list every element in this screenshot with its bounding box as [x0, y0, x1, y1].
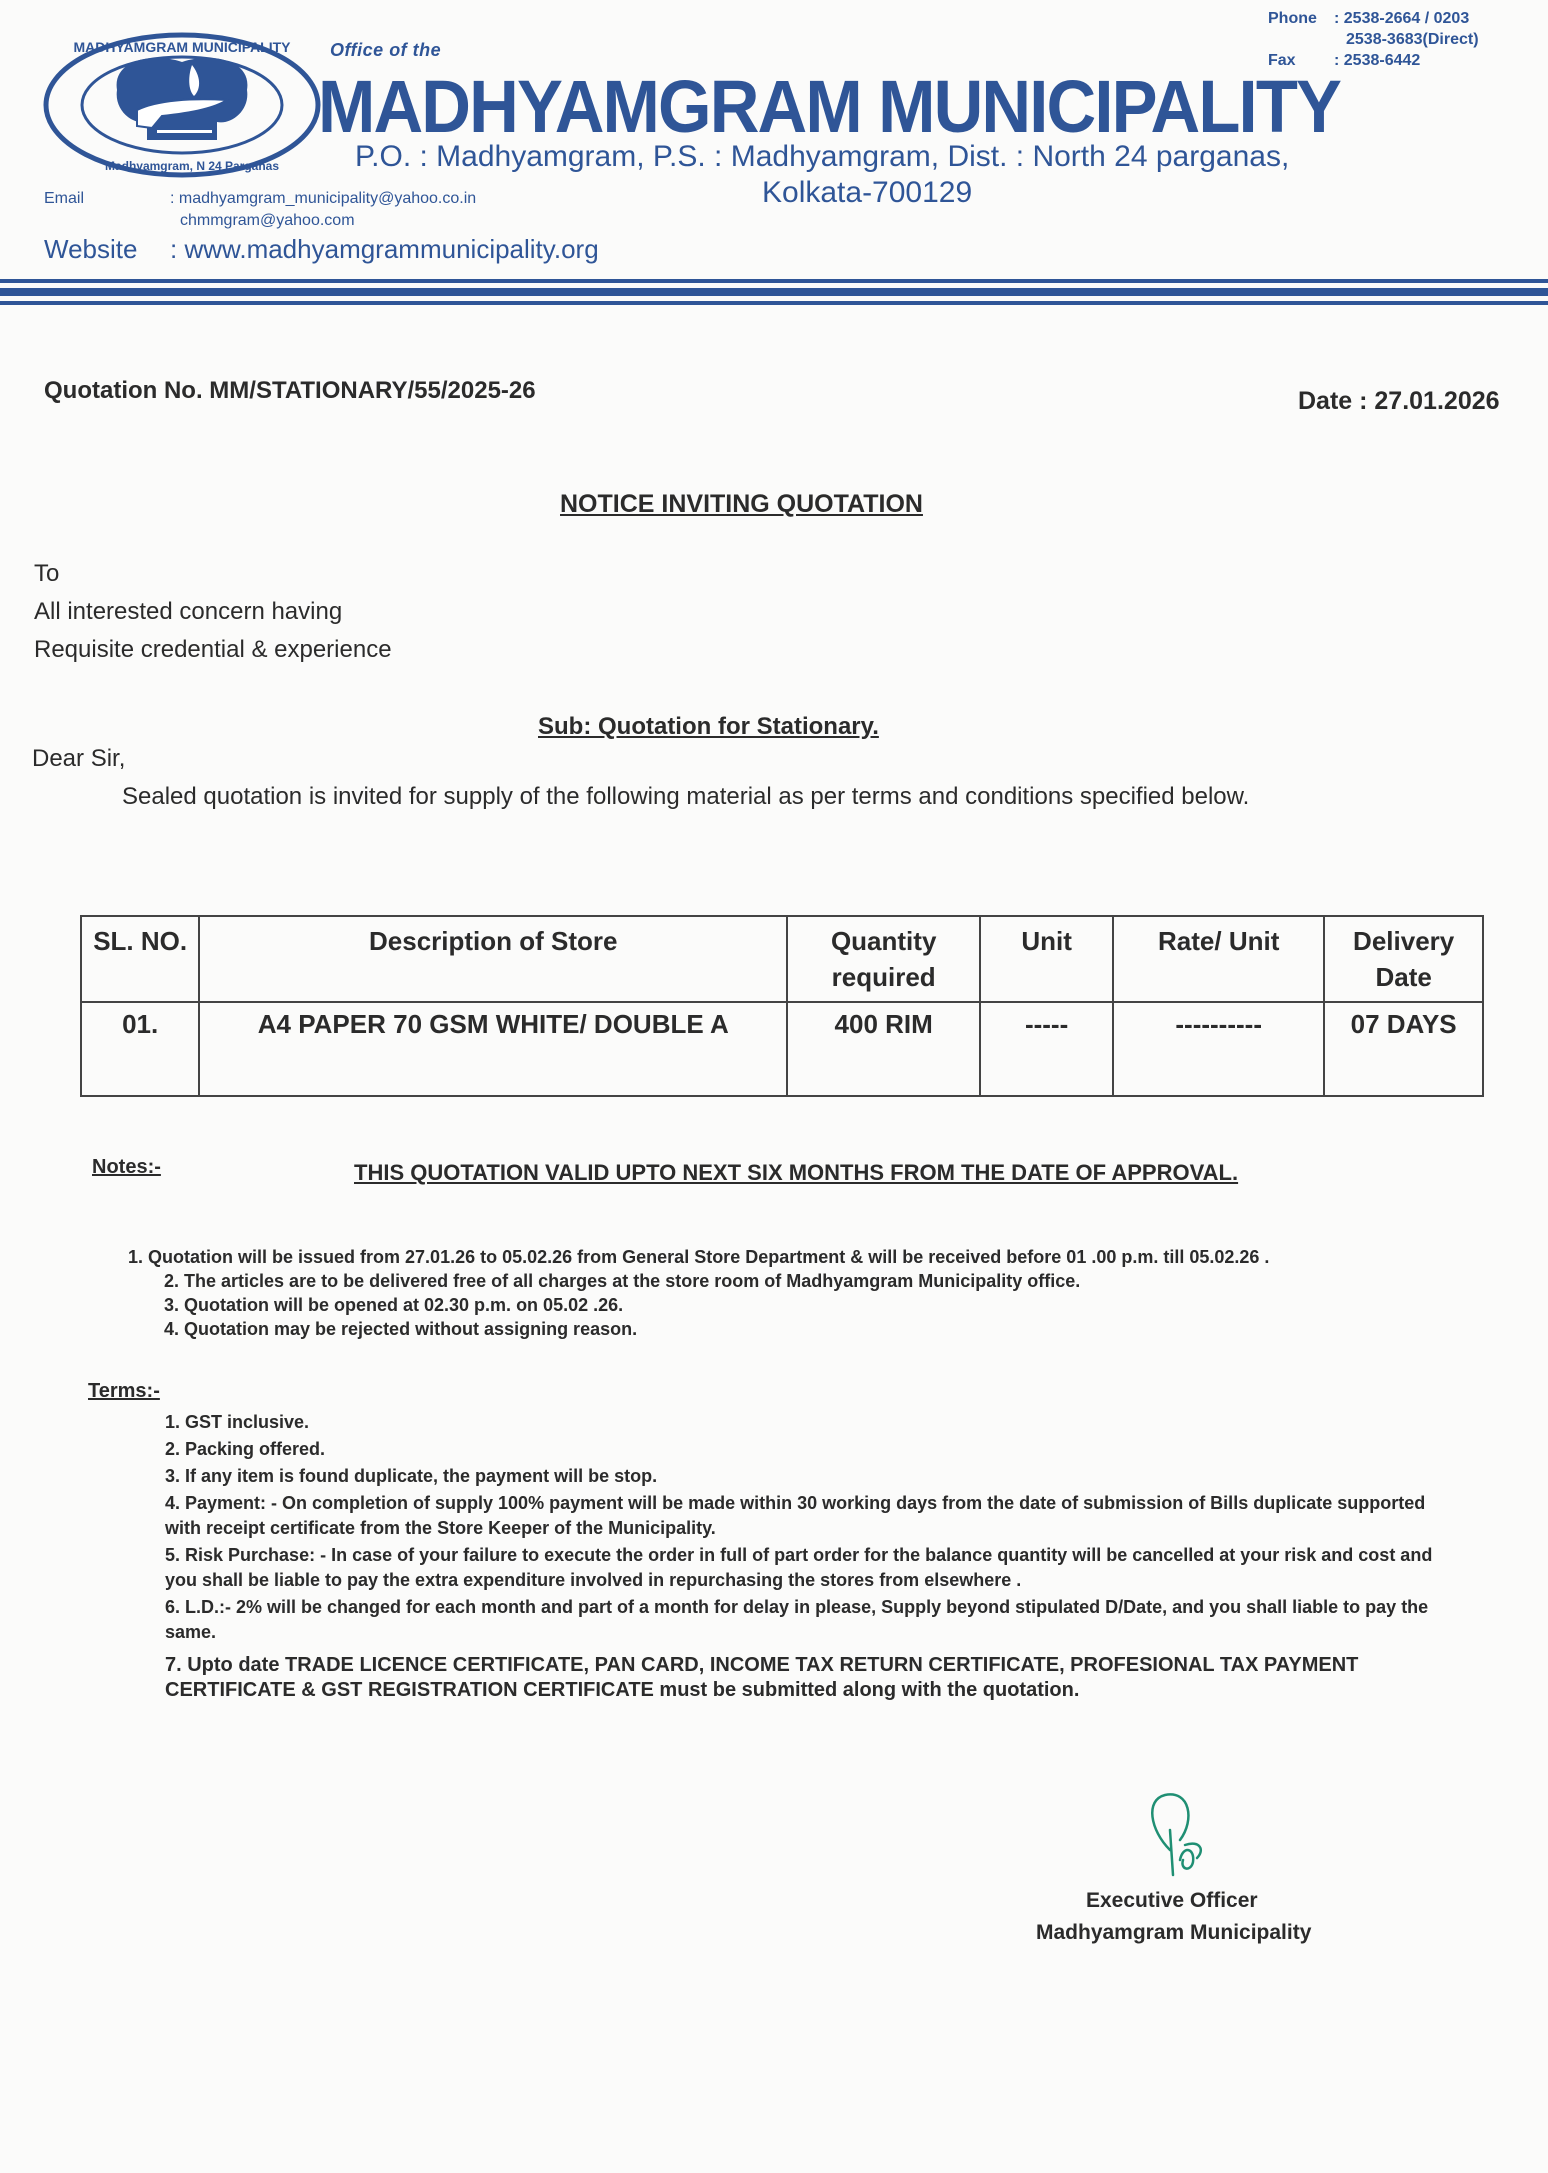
notice-title: NOTICE INVITING QUOTATION	[560, 490, 923, 519]
col-description: Description of Store	[199, 916, 787, 1002]
note-item: 4. Quotation may be rejected without ass…	[128, 1317, 1269, 1341]
website-label: Website	[44, 234, 170, 265]
email-primary[interactable]: : madhyamgram_municipality@yahoo.co.in	[170, 188, 476, 210]
term-item: 5. Risk Purchase: - In case of your fail…	[165, 1543, 1465, 1593]
table-header-row: SL. NO. Description of Store Quantity re…	[81, 916, 1483, 1002]
quotation-number: Quotation No. MM/STATIONARY/55/2025-26	[44, 377, 536, 405]
email-secondary[interactable]: chmmgram@yahoo.com	[180, 210, 355, 232]
municipality-name: MADHYAMGRAM MUNICIPALITY	[318, 70, 1340, 144]
term-item: 4. Payment: - On completion of supply 10…	[165, 1491, 1465, 1541]
notes-list: 1. Quotation will be issued from 27.01.2…	[128, 1245, 1269, 1341]
term-item: 7. Upto date TRADE LICENCE CERTIFICATE, …	[165, 1653, 1465, 1703]
website-link[interactable]: : www.madhyamgrammunicipality.org	[170, 234, 599, 265]
cell-quantity: 400 RIM	[787, 1002, 980, 1096]
svg-text:Madhyamgram, N 24 Parganas: Madhyamgram, N 24 Parganas	[105, 159, 279, 173]
term-item: 3. If any item is found duplicate, the p…	[165, 1464, 1465, 1489]
note-item: 3. Quotation will be opened at 02.30 p.m…	[128, 1293, 1269, 1317]
handwritten-signature-icon	[1125, 1790, 1245, 1880]
subject-line: Sub: Quotation for Stationary.	[538, 713, 879, 741]
fax-label: Fax	[1268, 50, 1334, 71]
svg-text:MADHYAMGRAM MUNICIPALITY: MADHYAMGRAM MUNICIPALITY	[74, 39, 292, 55]
email-block: Email: madhyamgram_municipality@yahoo.co…	[44, 188, 476, 232]
items-table: SL. NO. Description of Store Quantity re…	[80, 915, 1484, 1097]
recipient-line: Requisite credential & experience	[34, 631, 392, 669]
header-divider	[0, 301, 1548, 305]
cell-delivery: 07 DAYS	[1324, 1002, 1483, 1096]
address-line-2: Kolkata-700129	[762, 176, 972, 210]
fax-value: : 2538-6442	[1334, 50, 1420, 71]
term-item: 1. GST inclusive.	[165, 1410, 1465, 1435]
cell-rate: ----------	[1113, 1002, 1324, 1096]
validity-statement: THIS QUOTATION VALID UPTO NEXT SIX MONTH…	[354, 1160, 1238, 1186]
header-divider	[0, 288, 1548, 296]
cell-unit: -----	[980, 1002, 1113, 1096]
address-line-1: P.O. : Madhyamgram, P.S. : Madhyamgram, …	[355, 140, 1289, 174]
email-label: Email	[44, 188, 170, 210]
header-divider	[0, 279, 1548, 283]
document-date: Date : 27.01.2026	[1298, 387, 1500, 416]
recipient-block: To All interested concern having Requisi…	[34, 555, 392, 669]
term-item: 2. Packing offered.	[165, 1437, 1465, 1462]
col-sl-no: SL. NO.	[81, 916, 199, 1002]
signatory-organization: Madhyamgram Municipality	[1036, 1917, 1311, 1949]
signature	[1125, 1790, 1245, 1880]
signatory-block: Executive Officer Madhyamgram Municipali…	[1036, 1885, 1311, 1949]
salutation: Dear Sir,	[32, 745, 125, 773]
phone-direct: 2538-3683(Direct)	[1334, 29, 1479, 50]
col-unit: Unit	[980, 916, 1113, 1002]
office-of-label: Office of the	[330, 40, 441, 61]
note-item: 2. The articles are to be delivered free…	[128, 1269, 1269, 1293]
cell-sl-no: 01.	[81, 1002, 199, 1096]
cell-description: A4 PAPER 70 GSM WHITE/ DOUBLE A	[199, 1002, 787, 1096]
col-delivery: Delivery Date	[1324, 916, 1483, 1002]
terms-list: 1. GST inclusive. 2. Packing offered. 3.…	[165, 1410, 1465, 1705]
phone-label: Phone	[1268, 8, 1334, 29]
contact-block: Phone: 2538-2664 / 0203 2538-3683(Direct…	[1268, 8, 1479, 71]
intro-paragraph: Sealed quotation is invited for supply o…	[32, 780, 1480, 814]
col-rate: Rate/ Unit	[1113, 916, 1324, 1002]
notes-label: Notes:-	[92, 1156, 161, 1179]
to-label: To	[34, 555, 392, 593]
terms-label: Terms:-	[88, 1380, 160, 1403]
note-item: 1. Quotation will be issued from 27.01.2…	[128, 1245, 1269, 1269]
table-row: 01. A4 PAPER 70 GSM WHITE/ DOUBLE A 400 …	[81, 1002, 1483, 1096]
signatory-title: Executive Officer	[1036, 1885, 1311, 1917]
phone-value: : 2538-2664 / 0203	[1334, 8, 1469, 29]
municipality-seal-icon: MADHYAMGRAM MUNICIPALITY Madhyamgram, N …	[42, 30, 322, 180]
municipality-seal: MADHYAMGRAM MUNICIPALITY Madhyamgram, N …	[42, 30, 322, 180]
col-quantity: Quantity required	[787, 916, 980, 1002]
recipient-line: All interested concern having	[34, 593, 392, 631]
term-item: 6. L.D.:- 2% will be changed for each mo…	[165, 1595, 1465, 1645]
website-row: Website : www.madhyamgrammunicipality.or…	[44, 234, 599, 265]
